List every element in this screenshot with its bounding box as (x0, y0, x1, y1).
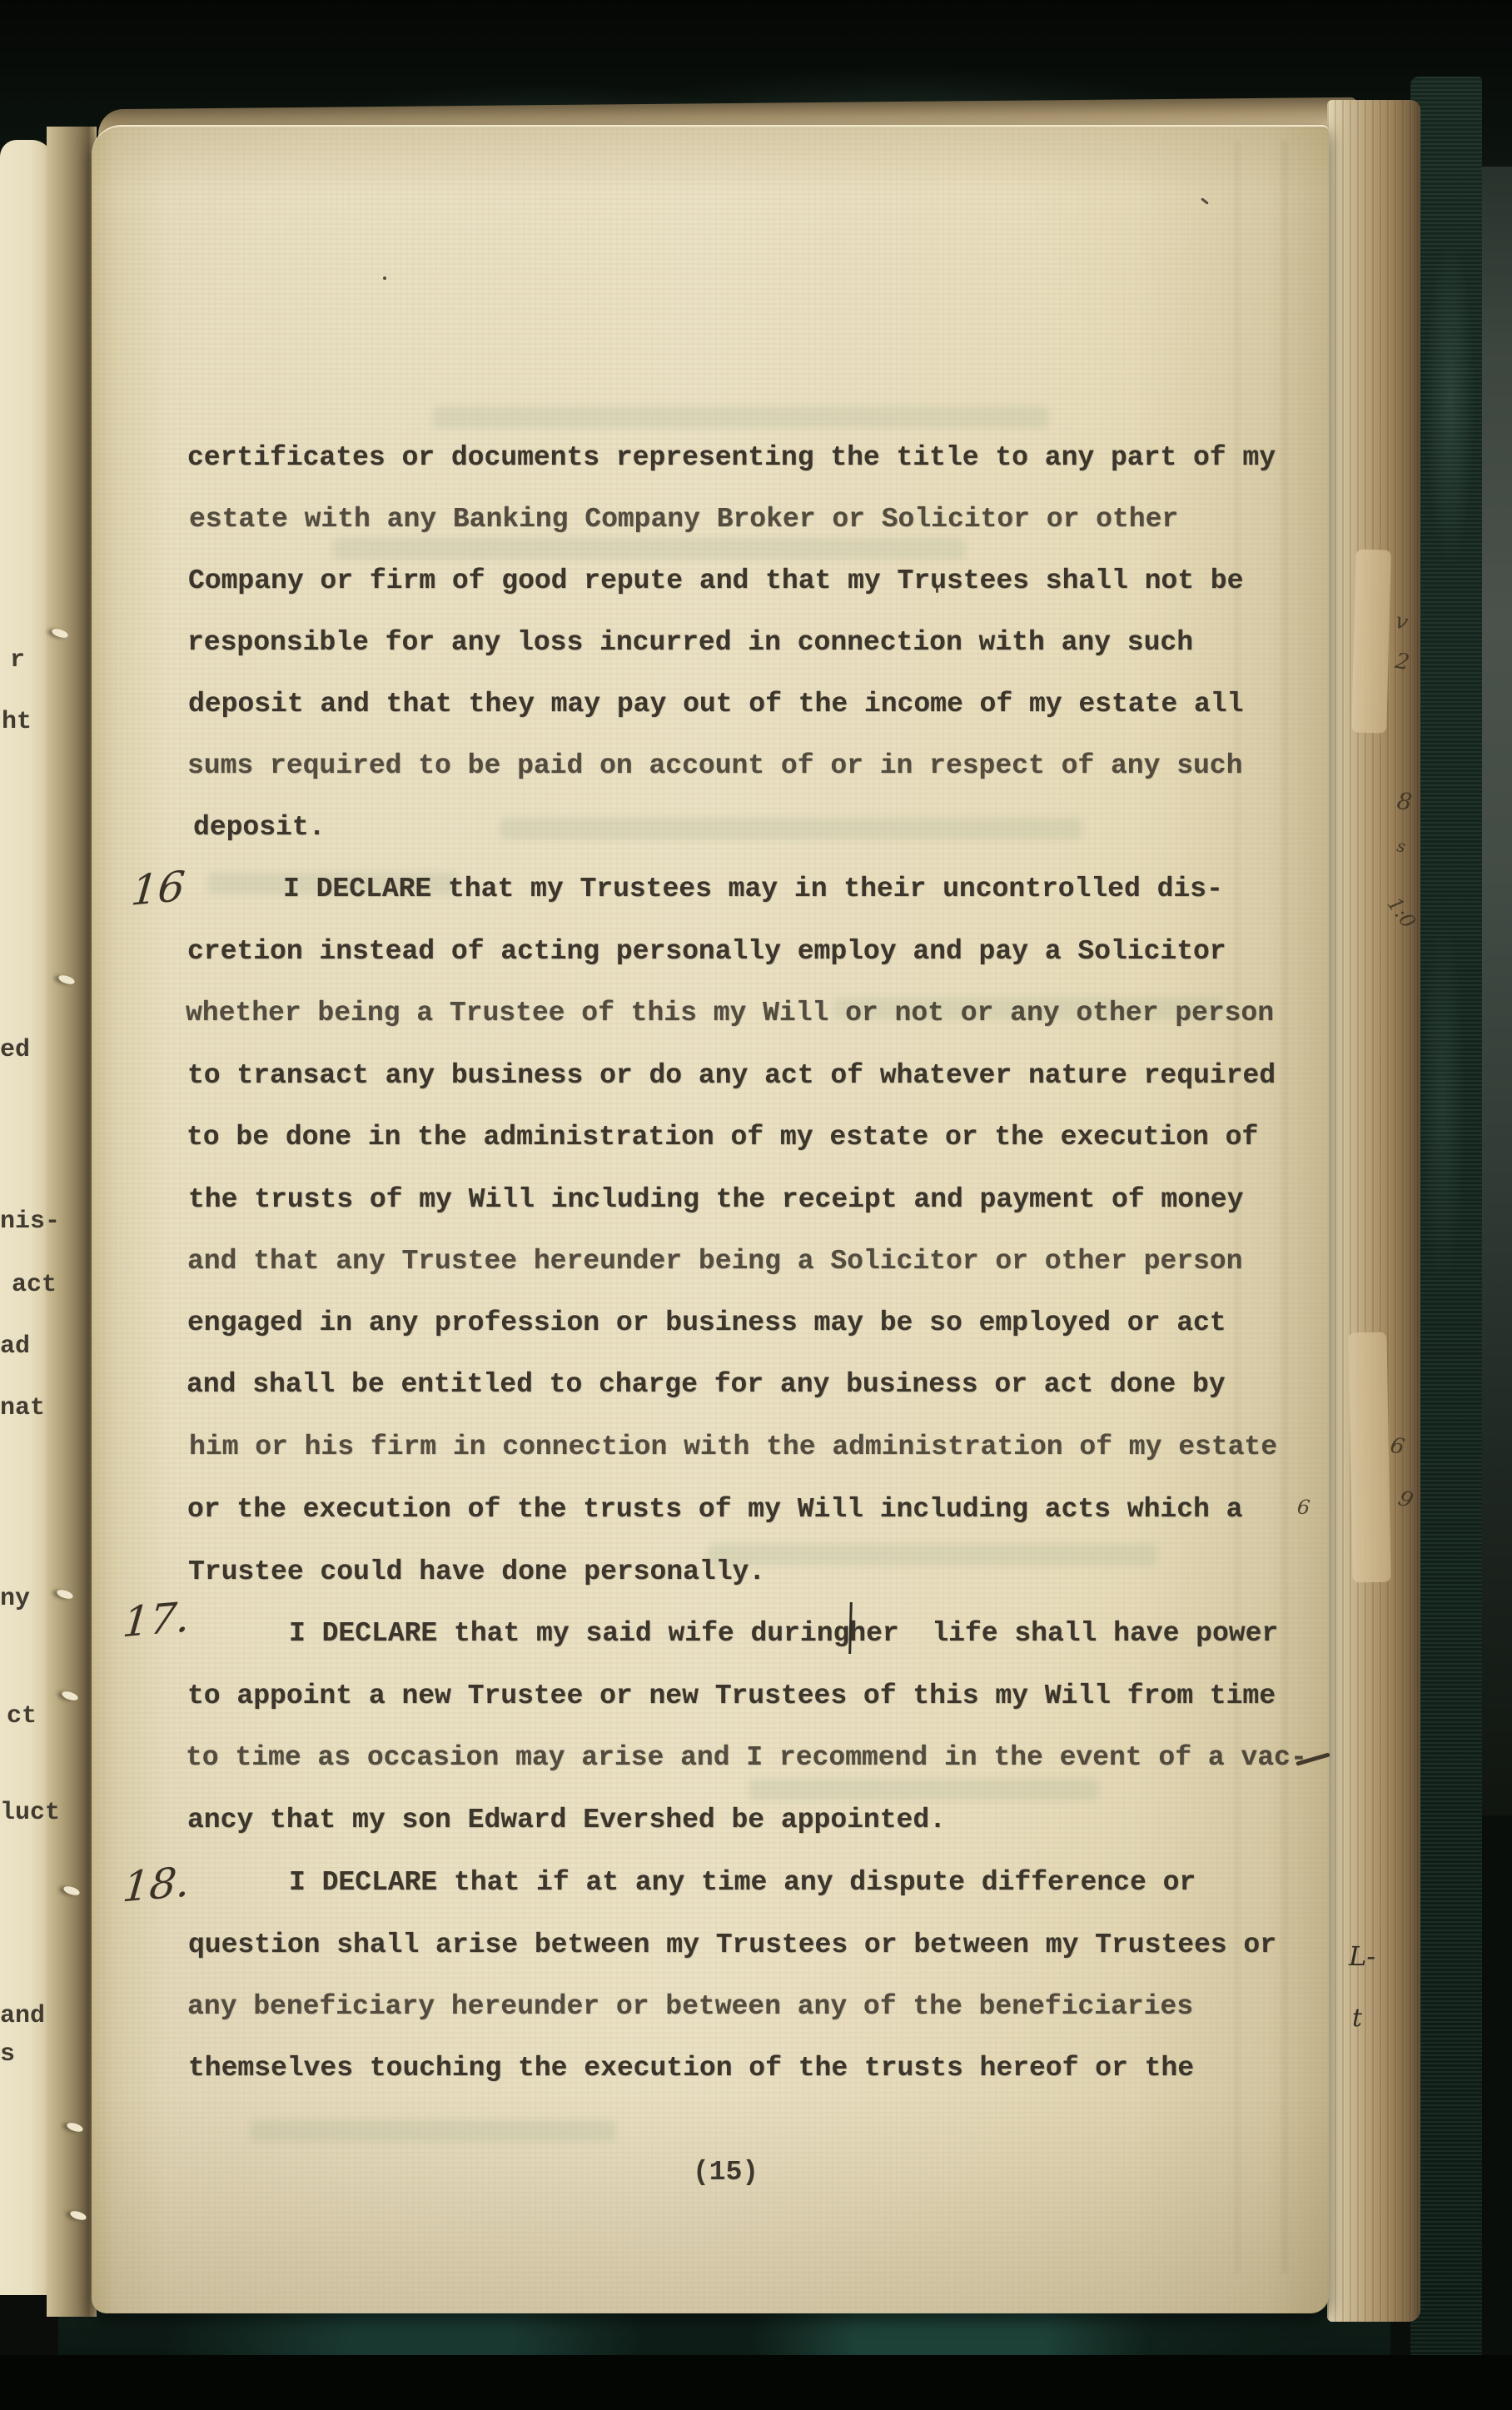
typed-line: any beneficiary hereunder or between any… (187, 1993, 1193, 2020)
typed-line: estate with any Banking Company Broker o… (189, 505, 1178, 533)
page-number: (15) (693, 2159, 758, 2186)
typed-line: themselves touching the execution of the… (188, 2054, 1194, 2082)
typed-line: I DECLARE that if at any time any disput… (289, 1869, 1196, 1896)
typed-line: to appoint a new Trustee or new Trustees… (187, 1682, 1276, 1710)
typed-line: engaged in any profession or business ma… (187, 1309, 1226, 1337)
typed-line: to transact any business or do any act o… (187, 1062, 1276, 1089)
typed-line: cretion instead of acting personally emp… (187, 938, 1226, 965)
fore-edge-mark: L- (1349, 1940, 1375, 1972)
left-edge-fragment: ct (7, 1704, 37, 1729)
ink-showthrough (250, 2120, 616, 2142)
typed-line: deposit and that they may pay out of the… (188, 690, 1243, 718)
typed-line: to be done in the administration of my e… (187, 1123, 1258, 1151)
typed-line: certificates or documents representing t… (187, 444, 1276, 471)
ink-showthrough (433, 406, 1049, 428)
typed-line: Company or firm of good repute and that … (188, 567, 1243, 595)
margin-number-16: 16 (129, 862, 187, 914)
left-edge-fragment: act (12, 1272, 57, 1297)
left-edge-fragment: r (10, 648, 25, 673)
typed-line: the trusts of my Will including the rece… (188, 1186, 1243, 1213)
typed-line: him or his firm in connection with the a… (189, 1433, 1277, 1461)
book-scan: { "doc": { "lines": [ "certificates or d… (0, 0, 1512, 2410)
typed-line: to time as occasion may arise and I reco… (186, 1744, 1307, 1771)
typed-line: deposit. (193, 814, 325, 841)
page-crease (1282, 142, 1287, 2273)
typed-line: Trustee could have done personally. (188, 1558, 765, 1586)
typed-line: I DECLARE that my Trustees may in their … (283, 875, 1223, 903)
ink-showthrough (500, 818, 1082, 839)
typed-line: and shall be entitled to charge for any … (187, 1371, 1226, 1398)
typed-line: or the execution of the trusts of my Wil… (187, 1496, 1242, 1523)
left-edge-fragment: nis- (0, 1209, 60, 1234)
left-edge-fragment: ed (0, 1038, 30, 1063)
torn-page-edge (1348, 1332, 1390, 1583)
typed-line: question shall arise between my Trustees… (188, 1931, 1276, 1959)
ink-speck (383, 276, 386, 280)
fore-edge-mark: 6 (1296, 1495, 1311, 1519)
left-edge-fragment: and (0, 2004, 45, 2029)
fore-edge-mark: t (1352, 2004, 1362, 2033)
margin-number-18: 18. (121, 1858, 192, 1912)
fore-edge-page-stack (1327, 100, 1420, 2322)
left-edge-fragment: ad (0, 1334, 30, 1359)
ink-showthrough (749, 1779, 1099, 1800)
typed-line: and that any Trustee hereunder being a S… (187, 1247, 1242, 1275)
left-edge-fragment: nat (0, 1396, 45, 1421)
typed-line: ancy that my son Edward Evershed be appo… (187, 1806, 946, 1834)
left-edge-fragment: ht (2, 710, 32, 734)
margin-number-17: 17. (121, 1593, 192, 1647)
background-bottom (0, 2355, 1512, 2410)
book-cover-right (1410, 77, 1482, 2410)
typed-line: whether being a Trustee of this my Will … (186, 999, 1274, 1027)
ink-showthrough (708, 1544, 1157, 1566)
left-edge-fragment: luct (0, 1800, 60, 1825)
ink-showthrough (333, 538, 966, 560)
left-edge-fragment: ny (0, 1586, 30, 1611)
typed-line: responsible for any loss incurred in con… (187, 629, 1193, 656)
typed-line: I DECLARE that my said wife duringher li… (289, 1620, 1278, 1647)
typed-line: sums required to be paid on account of o… (187, 752, 1242, 779)
torn-page-edge (1351, 549, 1391, 733)
left-edge-fragment: s (0, 2042, 15, 2067)
